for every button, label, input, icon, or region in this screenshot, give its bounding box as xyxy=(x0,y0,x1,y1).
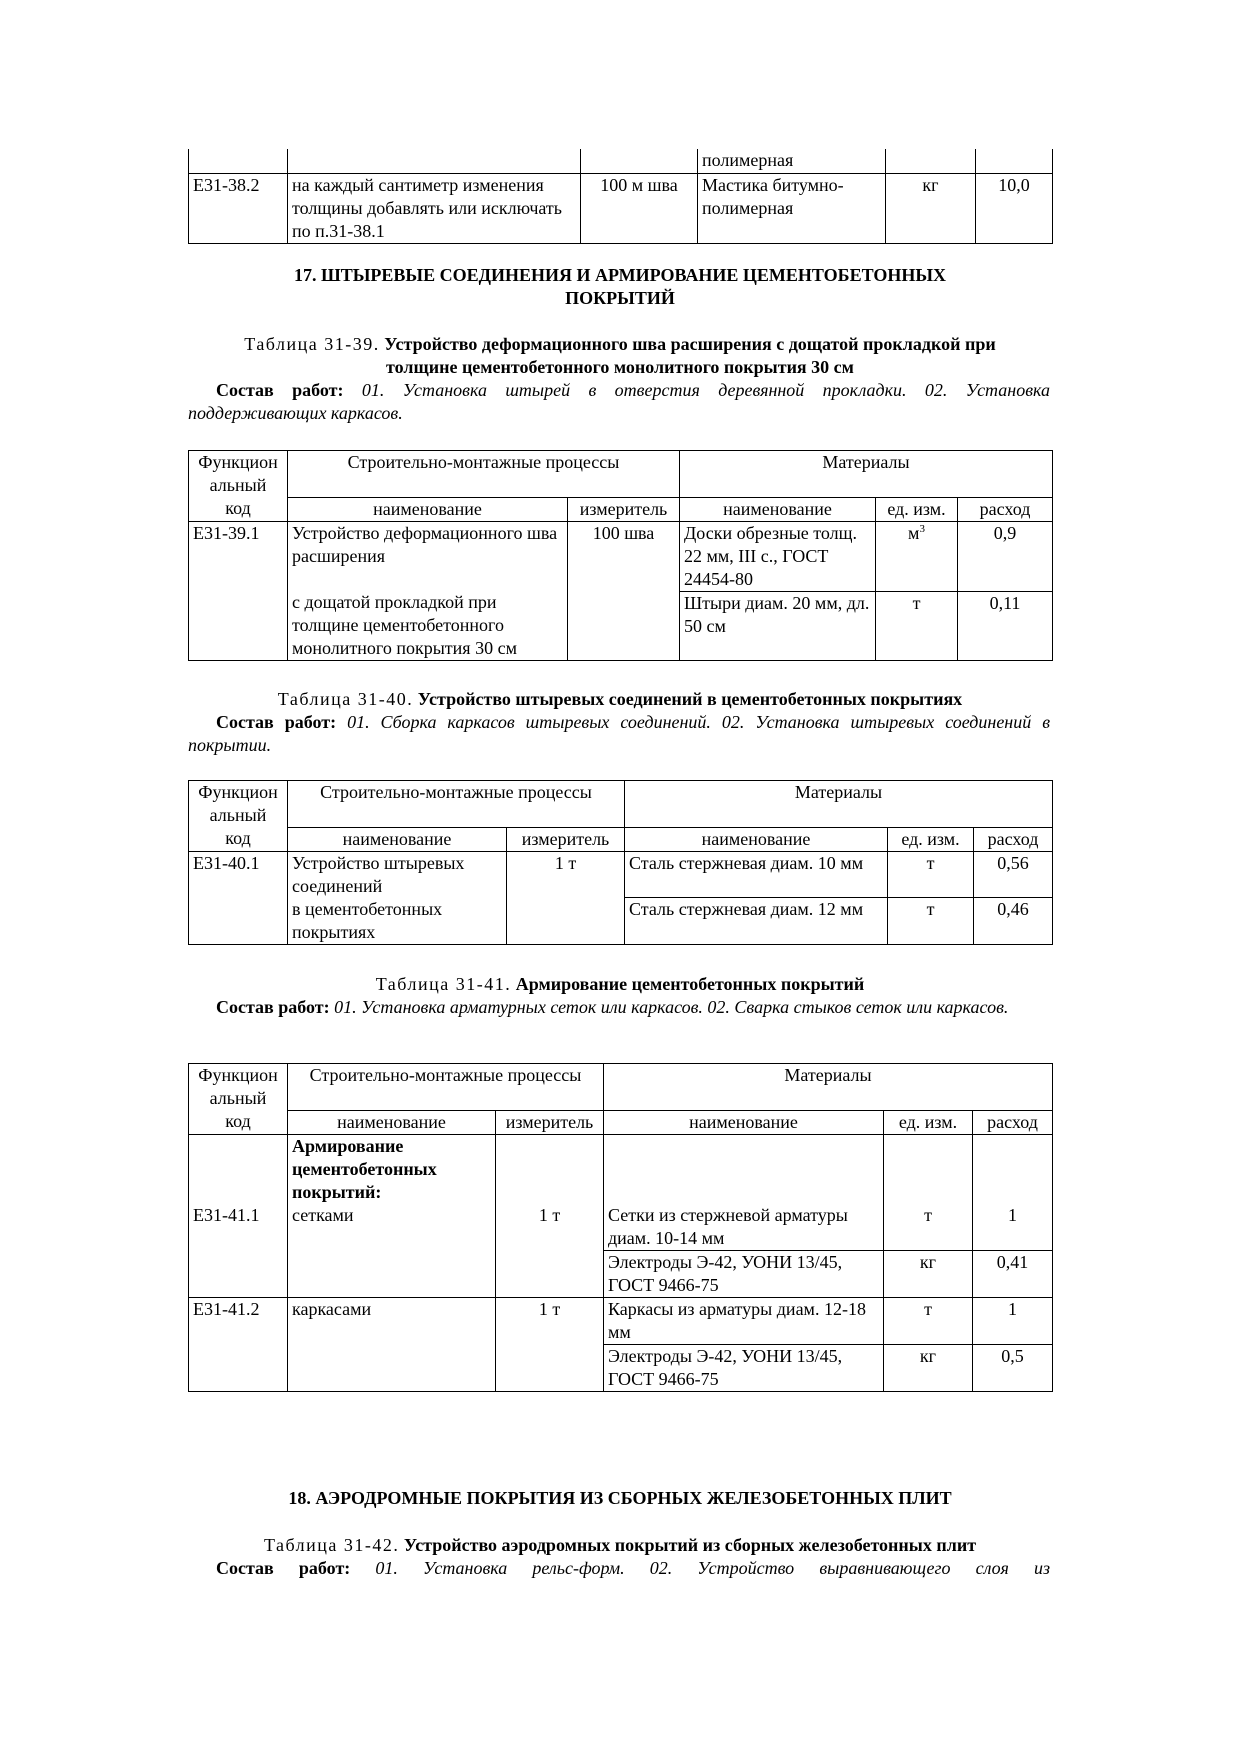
subheader-row: код наименование измеритель наименование… xyxy=(189,1110,1053,1134)
table-row: полимерная xyxy=(189,149,1053,173)
table-row: Е31-38.2 на каждый сантиметр изменения т… xyxy=(189,173,1053,243)
table-31-39: Функциональный Строительно-монтажные про… xyxy=(188,450,1053,661)
unit-cell: кг xyxy=(884,1250,973,1297)
table-31-40: Функциональный Строительно-монтажные про… xyxy=(188,780,1053,945)
header-unit: ед. изм. xyxy=(876,497,958,521)
material-cell: Сетки из стержневой арматуры диам. 10-14… xyxy=(604,1134,884,1250)
table-31-38-continuation: полимерная Е31-38.2 на каждый сантиметр … xyxy=(188,149,1053,244)
unit-cell: т xyxy=(888,851,974,898)
qty-cell: 0,41 xyxy=(973,1250,1053,1297)
section-18-title: 18. АЭРОДРОМНЫЕ ПОКРЫТИЯ ИЗ СБОРНЫХ ЖЕЛЕ… xyxy=(185,1487,1055,1510)
unit-cell: т xyxy=(888,898,974,945)
unit-cell xyxy=(886,149,976,173)
table-row: Е31-41.1 Армирование цементобетонных пок… xyxy=(189,1134,1053,1250)
unit-cell: т xyxy=(876,591,958,660)
header-code: Функциональный xyxy=(189,451,288,498)
header-meter: измеритель xyxy=(496,1110,604,1134)
meter-cell xyxy=(581,149,698,173)
header-processes: Строительно-монтажные процессы xyxy=(288,1064,604,1111)
header-meter: измеритель xyxy=(568,497,680,521)
table-31-39-composition: Состав работ: 01. Установка штырей в отв… xyxy=(188,379,1050,425)
section-17-heading: 17. ШТЫРЕВЫЕ СОЕДИНЕНИЯ И АРМИРОВАНИЕ ЦЕ… xyxy=(185,264,1055,310)
table-title: Армирование цементобетонных покрытий xyxy=(516,974,865,994)
header-mat-name: наименование xyxy=(680,497,876,521)
meter-cell: 100 м шва xyxy=(581,173,698,243)
code-cell: Е31-38.2 xyxy=(189,173,288,243)
qty-cell: 0,46 xyxy=(974,898,1053,945)
name-cell: Устройство деформационного шва расширени… xyxy=(288,521,568,660)
code-cell: Е31-39.1 xyxy=(189,521,288,660)
material-cell: Мастика битумно-полимерная xyxy=(698,173,886,243)
header-code-line3: код xyxy=(189,827,288,851)
meter-cell xyxy=(496,1250,604,1297)
header-processes: Строительно-монтажные процессы xyxy=(288,781,625,828)
table-label: Таблица 31-40. xyxy=(278,689,413,709)
table-row: Электроды Э-42, УОНИ 13/45, ГОСТ 9466-75… xyxy=(189,1250,1053,1297)
group-title: Армирование цементобетонных покрытий: xyxy=(292,1135,491,1204)
header-meter: измеритель xyxy=(507,827,625,851)
table-31-41: Функциональный Строительно-монтажные про… xyxy=(188,1063,1053,1392)
composition-label: Состав работ: xyxy=(216,1558,350,1578)
subheader-row: код наименование измеритель наименование… xyxy=(189,497,1053,521)
name-cell xyxy=(288,1250,496,1297)
section-18-heading: 18. АЭРОДРОМНЫЕ ПОКРЫТИЯ ИЗ СБОРНЫХ ЖЕЛЕ… xyxy=(185,1487,1055,1510)
section-17-title-line2: ПОКРЫТИЙ xyxy=(185,287,1055,310)
meter-cell: 1 т xyxy=(507,851,625,944)
qty-cell: 1 xyxy=(973,1134,1053,1250)
material-cell: Сталь стержневая диам. 10 мм xyxy=(625,851,888,898)
name-cell: на каждый сантиметр изменения толщины до… xyxy=(288,173,581,243)
table-label: Таблица 31-41. xyxy=(376,974,511,994)
section-17-title-line1: 17. ШТЫРЕВЫЕ СОЕДИНЕНИЯ И АРМИРОВАНИЕ ЦЕ… xyxy=(185,264,1055,287)
header-unit: ед. изм. xyxy=(884,1110,973,1134)
header-mat-name: наименование xyxy=(604,1110,884,1134)
unit-cell: кг xyxy=(886,173,976,243)
table-31-42-composition: Состав работ: 01. Установка рельс-форм. … xyxy=(188,1557,1050,1580)
unit-cell: кг xyxy=(884,1344,973,1391)
table-31-39-caption: Таблица 31-39. Устройство деформационног… xyxy=(185,333,1055,379)
code-cell: Е31-41.2 xyxy=(189,1297,288,1391)
material-cell: Электроды Э-42, УОНИ 13/45, ГОСТ 9466-75 xyxy=(604,1250,884,1297)
table-row: Е31-39.1 Устройство деформационного шва … xyxy=(189,521,1053,591)
table-title: Устройство деформационного шва расширени… xyxy=(384,334,995,354)
header-consumption: расход xyxy=(958,497,1053,521)
composition-label: Состав работ: xyxy=(216,380,344,400)
table-title: Устройство аэродромных покрытий из сборн… xyxy=(404,1535,976,1555)
table-title-line2: толщине цементобетонного монолитного пок… xyxy=(386,357,854,377)
table-row: Е31-40.1 Устройство штыревых соединений … xyxy=(189,851,1053,898)
code-cell: Е31-40.1 xyxy=(189,851,288,944)
table-31-40-composition: Состав работ: 01. Сборка каркасов штырев… xyxy=(188,711,1050,757)
qty-cell: 0,9 xyxy=(958,521,1053,591)
meter-cell: 1 т xyxy=(496,1297,604,1391)
code-cell: Е31-41.1 xyxy=(189,1134,288,1250)
name-cell xyxy=(288,149,581,173)
header-name: наименование xyxy=(288,827,507,851)
qty-cell: 10,0 xyxy=(976,173,1053,243)
header-unit: ед. изм. xyxy=(888,827,974,851)
table-31-41-caption: Таблица 31-41. Армирование цементобетонн… xyxy=(185,973,1055,996)
header-name: наименование xyxy=(288,1110,496,1134)
table-31-40-caption: Таблица 31-40. Устройство штыревых соеди… xyxy=(185,688,1055,711)
table-label: Таблица 31-39. xyxy=(244,334,379,354)
code-cell xyxy=(189,149,288,173)
composition-label: Состав работ: xyxy=(216,712,336,732)
unit-cell: т xyxy=(884,1134,973,1250)
material-cell: полимерная xyxy=(698,149,886,173)
table-label: Таблица 31-42. xyxy=(264,1535,399,1555)
header-name: наименование xyxy=(288,497,568,521)
qty-cell: 0,11 xyxy=(958,591,1053,660)
material-cell: Каркасы из арматуры диам. 12-18 мм xyxy=(604,1297,884,1344)
qty-cell: 0,5 xyxy=(973,1344,1053,1391)
header-code-line3: код xyxy=(189,497,288,521)
material-cell: Доски обрезные толщ. 22 мм, III с., ГОСТ… xyxy=(680,521,876,591)
header-processes: Строительно-монтажные процессы xyxy=(288,451,680,498)
unit-cell: т xyxy=(884,1297,973,1344)
composition-label: Состав работ: xyxy=(216,997,330,1017)
header-consumption: расход xyxy=(973,1110,1053,1134)
meter-cell: 1 т xyxy=(496,1134,604,1250)
header-materials: Материалы xyxy=(680,451,1053,498)
header-materials: Материалы xyxy=(604,1064,1053,1111)
qty-cell xyxy=(976,149,1053,173)
header-code: Функциональный xyxy=(189,1064,288,1111)
table-row: Е31-41.2 каркасами 1 т Каркасы из армату… xyxy=(189,1297,1053,1344)
header-consumption: расход xyxy=(974,827,1053,851)
composition-text: 01. Установка арматурных сеток или карка… xyxy=(334,997,1008,1017)
table-31-42-caption: Таблица 31-42. Устройство аэродромных по… xyxy=(185,1534,1055,1557)
header-row: Функциональный Строительно-монтажные про… xyxy=(189,1064,1053,1111)
material-cell: Электроды Э-42, УОНИ 13/45, ГОСТ 9466-75 xyxy=(604,1344,884,1391)
qty-cell: 1 xyxy=(973,1297,1053,1344)
unit-cell: м3 xyxy=(876,521,958,591)
subheader-row: код наименование измеритель наименование… xyxy=(189,827,1053,851)
header-mat-name: наименование xyxy=(625,827,888,851)
material-cell: Штыри диам. 20 мм, дл. 50 см xyxy=(680,591,876,660)
name-cell: Армирование цементобетонных покрытий:сет… xyxy=(288,1134,496,1250)
qty-cell: 0,56 xyxy=(974,851,1053,898)
name-cell: Устройство штыревых соединений в цементо… xyxy=(288,851,507,944)
header-row: Функциональный Строительно-монтажные про… xyxy=(189,781,1053,828)
material-cell: Сталь стержневая диам. 12 мм xyxy=(625,898,888,945)
code-cell xyxy=(189,1250,288,1297)
name-cell: каркасами xyxy=(288,1297,496,1391)
header-materials: Материалы xyxy=(625,781,1053,828)
header-code-line3: код xyxy=(189,1110,288,1134)
header-code: Функциональный xyxy=(189,781,288,828)
meter-cell: 100 шва xyxy=(568,521,680,660)
header-row: Функциональный Строительно-монтажные про… xyxy=(189,451,1053,498)
table-title: Устройство штыревых соединений в цементо… xyxy=(418,689,962,709)
composition-text: 01. Установка рельс-форм. 02. Устройство… xyxy=(375,1558,1050,1578)
table-31-41-composition: Состав работ: 01. Установка арматурных с… xyxy=(188,996,1050,1019)
